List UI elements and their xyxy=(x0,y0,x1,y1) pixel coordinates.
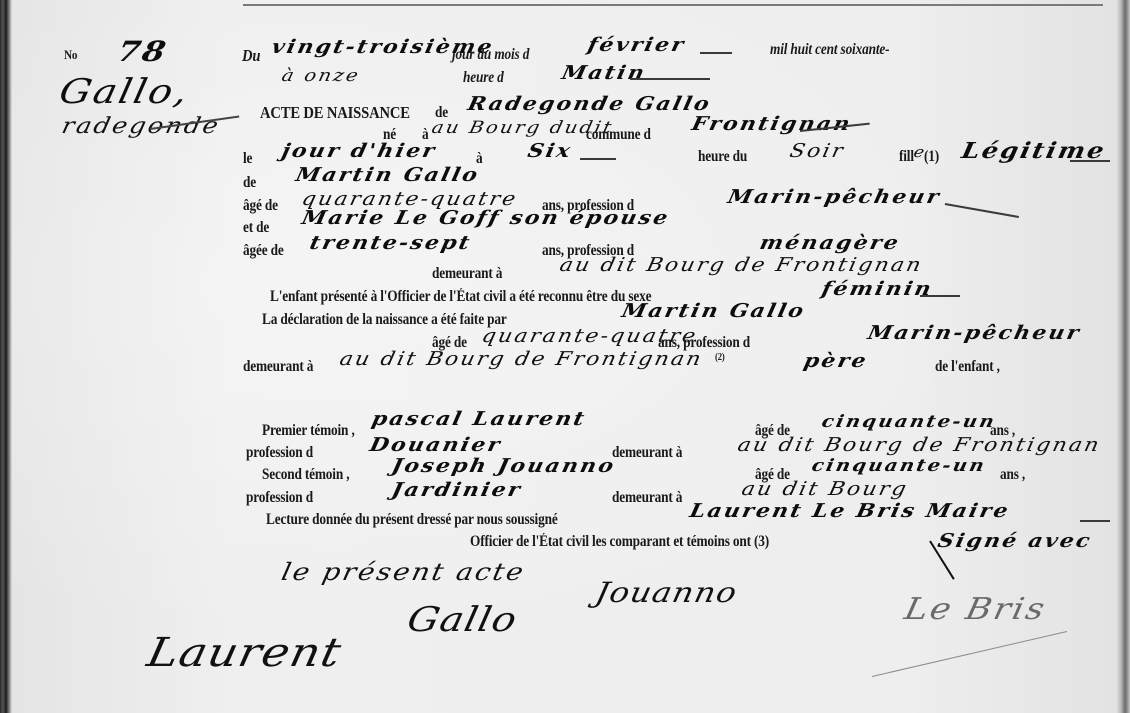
father-de-label: de xyxy=(243,174,256,192)
second-witness-label: Second témoin , xyxy=(262,466,349,484)
signature-officer: Le Bris xyxy=(901,592,1049,627)
fill-line xyxy=(945,203,1019,218)
note-1: (1) xyxy=(924,148,939,166)
second-witness-age-hand: cinquante-un xyxy=(810,456,988,476)
date-hand: jour d'hier xyxy=(280,140,439,162)
fill-line xyxy=(700,52,732,54)
first-witness-profession-hand: Douanier xyxy=(368,434,504,456)
header-du: Du xyxy=(242,46,260,66)
sex-hand: féminin xyxy=(820,278,936,300)
mother-name-hand: Marie Le Goff son épouse xyxy=(300,207,672,229)
fill-line xyxy=(630,78,710,80)
entry-number-label: No xyxy=(64,47,77,63)
reading-text: Lecture donnée du présent dressé par nou… xyxy=(266,511,558,529)
signature-laurent: Laurent xyxy=(143,630,346,676)
page-right-edge xyxy=(1116,0,1130,713)
of-child-label: de l'enfant , xyxy=(935,358,1000,376)
second-witness-residing-label: demeurant à xyxy=(612,489,682,507)
first-witness-profession-label: profession d xyxy=(246,444,313,462)
first-witness-residing-hand: au dit Bourg de Frontignan xyxy=(736,434,1104,456)
declarant-residing-hand: au dit Bourg de Frontignan xyxy=(338,348,706,370)
first-witness-name-hand: pascal Laurent xyxy=(370,408,589,430)
fill-line xyxy=(1080,520,1110,522)
fill-line xyxy=(580,158,616,160)
birth-hour-hand: Six xyxy=(526,140,575,162)
hour-label: heure du xyxy=(698,148,747,166)
entry-number: 78 xyxy=(114,35,170,68)
second-witness-residing-hand: au dit Bourg xyxy=(740,478,911,500)
declaration-text: La déclaration de la naissance a été fai… xyxy=(262,311,507,329)
officer-text: Officier de l'État civil les comparant e… xyxy=(470,533,769,551)
fill-line xyxy=(1070,160,1110,162)
father-age-label: âgé de xyxy=(243,197,278,215)
parents-residing-hand: au dit Bourg de Frontignan xyxy=(558,254,926,276)
parents-residing-label: demeurant à xyxy=(432,265,502,283)
margin-surname: Gallo, xyxy=(56,72,194,112)
commune-hand: Frontignan xyxy=(690,113,854,135)
first-witness-label: Premier témoin , xyxy=(262,422,355,440)
header-month-hand: février xyxy=(586,34,688,56)
register-page: No 78 Gallo, radegonde Du vingt-troisièm… xyxy=(0,0,1130,713)
le-label: le xyxy=(243,150,252,168)
father-profession-hand: Marin-pêcheur xyxy=(726,186,943,208)
second-witness-name-hand: Joseph Jouanno xyxy=(390,455,618,477)
first-witness-residing-label: demeurant à xyxy=(612,444,682,462)
header-period-hand: Matin xyxy=(560,62,649,84)
fill-line xyxy=(920,295,960,297)
fille-label: fill xyxy=(899,148,914,166)
present-act-hand: le présent acte xyxy=(279,558,528,586)
mother-et-de-label: et de xyxy=(243,219,269,237)
declarant-residing-label: demeurant à xyxy=(243,358,313,376)
second-witness-profession-hand: Jardinier xyxy=(390,479,525,501)
presented-text: L'enfant présenté à l'Officier de l'État… xyxy=(270,288,651,306)
note-2: (2) xyxy=(715,352,725,363)
margin-given-name: radegonde xyxy=(59,114,222,139)
document-title: ACTE DE NAISSANCE xyxy=(260,103,410,123)
declarant-profession-hand: Marin-pêcheur xyxy=(866,322,1083,344)
relation-hand: père xyxy=(802,350,870,372)
child-name-hand: Radegonde Gallo xyxy=(466,93,714,115)
officer-name-hand: Laurent Le Bris Maire xyxy=(688,500,1013,522)
second-witness-ans: ans , xyxy=(1000,466,1025,484)
signature-jouanno: Jouanno xyxy=(592,576,740,609)
header-year-label: mil huit cent soixante- xyxy=(770,41,889,59)
second-witness-profession-label: profession d xyxy=(246,489,313,507)
signature-gallo: Gallo xyxy=(404,600,521,640)
page-binding-edge xyxy=(0,0,12,713)
birth-period-hand: Soir xyxy=(788,140,847,162)
mother-profession-hand: ménagère xyxy=(758,232,903,254)
mother-age-label: âgée de xyxy=(243,242,284,260)
commune-label: commune d xyxy=(586,126,651,144)
header-jour-label: jour du mois d xyxy=(452,46,529,64)
top-rule xyxy=(243,4,1103,6)
signature-flourish xyxy=(872,631,1067,677)
declarant-hand: Martin Gallo xyxy=(620,300,808,322)
father-name-hand: Martin Gallo xyxy=(294,164,482,186)
header-hour-hand: à onze xyxy=(280,66,362,86)
signed-with-hand: Signé avec xyxy=(936,530,1094,552)
header-heure-label: heure d xyxy=(463,69,504,87)
first-witness-age-hand: cinquante-un xyxy=(820,412,998,432)
mother-age-hand: trente-sept xyxy=(308,232,474,254)
